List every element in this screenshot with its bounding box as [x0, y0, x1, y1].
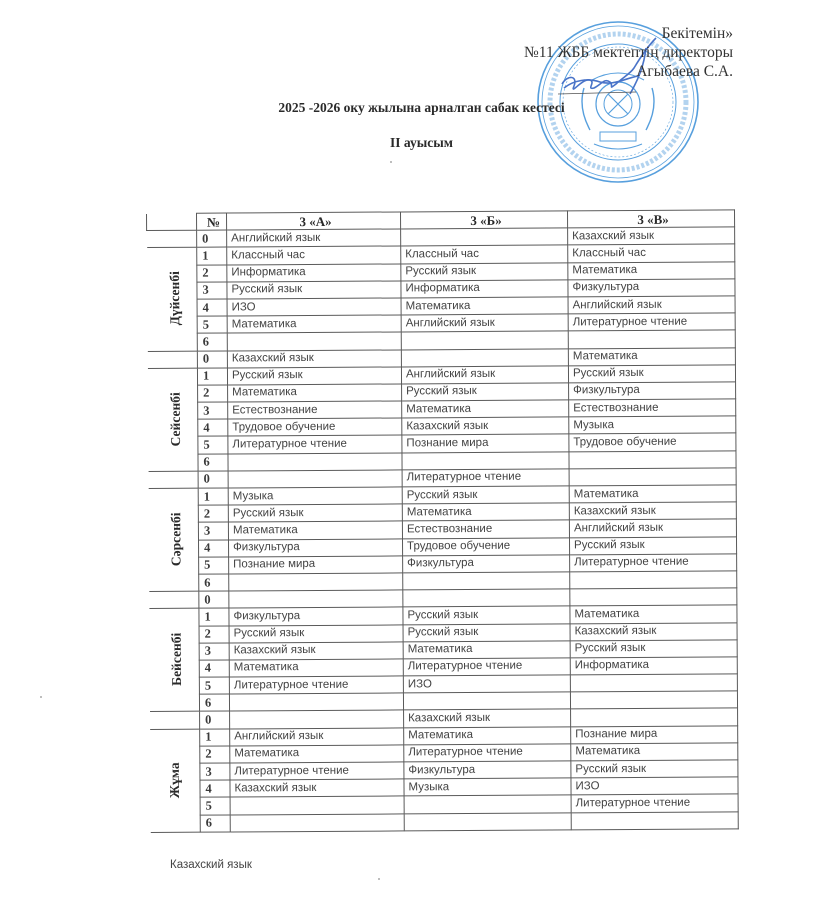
approval-line-1: Бекітемін» [524, 24, 733, 43]
scan-speck [40, 696, 42, 698]
day-spacer-cell [147, 351, 197, 368]
cell-3v: Английский язык [568, 296, 735, 314]
cell-3v: Математика [570, 605, 737, 623]
cell-3b: Математика [401, 297, 568, 315]
cell-3v: Русский язык [571, 760, 738, 778]
cell-3b [401, 228, 568, 246]
cell-3v: Казахский язык [568, 227, 735, 245]
lesson-number: 4 [198, 540, 228, 557]
cell-3a: Трудовое обучение [228, 418, 402, 436]
cell-3v: Математика [569, 485, 736, 503]
lesson-number: 3 [197, 282, 227, 299]
lesson-number: 2 [200, 746, 230, 763]
cell-3b: Классный час [401, 245, 568, 263]
cell-3a: Литературное чтение [228, 435, 402, 453]
cell-3b: Английский язык [401, 314, 568, 332]
cell-3a: Русский язык [229, 624, 403, 642]
cell-3a: Музыка [228, 487, 402, 505]
lesson-number: 2 [198, 505, 228, 522]
document-title: 2025 -2026 оку жылына арналган сабак кес… [15, 100, 813, 116]
cell-3b: ИЗО [403, 675, 570, 693]
cell-3a [228, 470, 402, 488]
lesson-number: 5 [199, 677, 229, 694]
approval-block: Бекітемін» №11 ЖББ мектептің директоры А… [524, 24, 733, 81]
cell-3v [569, 451, 736, 469]
cell-3b: Математика [402, 503, 569, 521]
cell-3v: Математика [568, 261, 735, 279]
cell-3v [570, 691, 737, 709]
cell-3b [403, 692, 570, 710]
cell-3b: Русский язык [402, 383, 569, 401]
lesson-number: 0 [200, 711, 230, 728]
cell-3a: Русский язык [228, 504, 402, 522]
cell-3a: Русский язык [227, 281, 401, 299]
cell-3a: Информатика [227, 264, 401, 282]
cell-3a: Познание мира [229, 556, 403, 574]
cell-3b: Казахский язык [402, 417, 569, 435]
day-cell: Сәрсенбі [148, 488, 199, 591]
lesson-number: 2 [197, 265, 227, 282]
cell-3v: ИЗО [571, 777, 738, 795]
cell-3v: Математика [568, 347, 735, 365]
cell-3a: Математика [230, 745, 404, 763]
cell-3b: Трудовое обучение [402, 537, 569, 555]
lesson-number: 0 [199, 591, 229, 608]
cell-3v: Информатика [570, 657, 737, 675]
cell-3v: Математика [571, 743, 738, 761]
column-header-3b: 3 «Б» [400, 211, 567, 229]
cell-3v: Познание мира [571, 726, 738, 744]
cell-3a: Физкультура [228, 539, 402, 557]
lesson-number: 6 [197, 333, 227, 350]
header-day-cell [147, 213, 197, 230]
cell-3v: Физкультура [568, 279, 735, 297]
day-cell: Дүйсенбі [147, 248, 198, 351]
cell-3v [570, 588, 737, 606]
day-spacer-cell [149, 591, 199, 608]
lesson-number: 6 [199, 574, 229, 591]
cell-3v: Русский язык [568, 365, 735, 383]
lesson-number: 1 [197, 368, 227, 385]
cell-3a: Английский язык [230, 728, 404, 746]
cell-3v: Физкультура [569, 382, 736, 400]
cell-3b [403, 589, 570, 607]
lesson-number: 2 [199, 626, 229, 643]
lesson-number: 1 [199, 608, 229, 625]
cell-3v [571, 708, 738, 726]
cell-3a [228, 453, 402, 471]
cell-3b [401, 331, 568, 349]
lesson-number: 6 [199, 694, 229, 711]
lesson-number: 1 [198, 488, 228, 505]
cell-3v: Музыка [569, 416, 736, 434]
cell-3v: Русский язык [569, 536, 736, 554]
cell-3a: Математика [228, 384, 402, 402]
lesson-number: 0 [197, 230, 227, 247]
lesson-number: 4 [198, 419, 228, 436]
scan-speck [378, 878, 380, 880]
cell-3v: Литературное чтение [571, 794, 738, 812]
lesson-number: 2 [198, 385, 228, 402]
cell-3b: Музыка [404, 778, 571, 796]
lesson-number: 5 [200, 797, 230, 814]
cell-3b: Физкультура [403, 555, 570, 573]
lesson-number: 3 [199, 643, 229, 660]
cell-3a: Математика [229, 659, 403, 677]
cell-3a: ИЗО [227, 298, 401, 316]
cell-3b: Казахский язык [404, 709, 571, 727]
day-spacer-cell [150, 712, 200, 729]
cell-3b: Информатика [401, 280, 568, 298]
schedule-body: 0Английский языкКазахский языкДүйсенбі1К… [147, 227, 739, 832]
cell-3v: Казахский язык [569, 502, 736, 520]
lesson-number: 4 [200, 780, 230, 797]
lesson-number: 6 [198, 454, 228, 471]
cell-3b: Литературное чтение [403, 658, 570, 676]
cell-3a [229, 573, 403, 591]
cell-3b [404, 812, 571, 830]
column-header-3a: 3 «А» [227, 212, 401, 230]
day-label: Сәрсенбі [168, 513, 183, 567]
approval-line-2: №11 ЖББ мектептің директоры [524, 43, 733, 62]
approval-line-3: Агыбаева С.А. [524, 62, 733, 81]
cell-3b: Русский язык [402, 486, 569, 504]
lesson-number: 4 [199, 660, 229, 677]
cell-3a: Физкультура [229, 607, 403, 625]
cell-3b [403, 572, 570, 590]
lesson-number: 3 [198, 402, 228, 419]
cell-3a: Казахский язык [229, 642, 403, 660]
schedule-table: № 3 «А» 3 «Б» 3 «В» 0Английский языкКаза… [146, 209, 739, 832]
lesson-number: 0 [197, 351, 227, 368]
cell-3a: Классный час [227, 246, 401, 264]
column-header-number: № [197, 213, 227, 230]
day-cell: Жұма [150, 729, 201, 832]
cell-3a [229, 590, 403, 608]
lesson-number: 0 [198, 471, 228, 488]
cell-3b [401, 348, 568, 366]
cell-3v: Классный час [568, 244, 735, 262]
scan-speck [390, 161, 392, 163]
day-spacer-cell [148, 471, 198, 488]
cell-3b: Математика [404, 727, 571, 745]
cell-3b: Русский язык [401, 262, 568, 280]
cell-3v: Казахский язык [570, 622, 737, 640]
cell-3b [404, 795, 571, 813]
cell-3b: Русский язык [403, 606, 570, 624]
cell-3b: Русский язык [403, 623, 570, 641]
cell-3a: Математика [228, 521, 402, 539]
lesson-number: 5 [198, 436, 228, 453]
lesson-number: 1 [197, 247, 227, 264]
day-cell: Сейсенбі [147, 368, 198, 471]
cell-3b: Познание мира [402, 434, 569, 452]
cell-3b: Математика [403, 641, 570, 659]
cell-3a: Литературное чтение [229, 676, 403, 694]
cell-3b: Английский язык [401, 366, 568, 384]
lesson-number: 4 [197, 299, 227, 316]
cell-3a: Естествознание [228, 401, 402, 419]
document-subtitle: II ауысым [15, 135, 813, 151]
cell-3v [570, 674, 737, 692]
cell-3v: Литературное чтение [568, 313, 735, 331]
footer-note: Казахский язык [170, 859, 252, 871]
cell-3a [230, 796, 404, 814]
cell-3a [229, 693, 403, 711]
cell-3a: Математика [227, 315, 401, 333]
lesson-number: 5 [199, 557, 229, 574]
cell-3a: Английский язык [227, 229, 401, 247]
cell-3b: Литературное чтение [402, 469, 569, 487]
cell-3a: Русский язык [227, 367, 401, 385]
cell-3v: Английский язык [569, 519, 736, 537]
day-label: Бейсенбі [168, 633, 183, 686]
cell-3v [569, 468, 736, 486]
cell-3v: Русский язык [570, 640, 737, 658]
day-spacer-cell [147, 230, 197, 247]
cell-3a [230, 813, 404, 831]
cell-3a: Литературное чтение [230, 762, 404, 780]
lesson-number: 1 [200, 729, 230, 746]
cell-3a [230, 710, 404, 728]
cell-3v: Естествознание [569, 399, 736, 417]
cell-3b [402, 452, 569, 470]
day-label: Жұма [167, 762, 182, 798]
cell-3a: Казахский язык [227, 349, 401, 367]
cell-3b: Математика [402, 400, 569, 418]
cell-3v [571, 811, 738, 829]
lesson-number: 3 [198, 522, 228, 539]
lesson-number: 6 [200, 815, 230, 832]
cell-3v: Литературное чтение [570, 554, 737, 572]
lesson-number: 3 [200, 763, 230, 780]
cell-3v: Трудовое обучение [569, 433, 736, 451]
day-label: Сейсенбі [167, 392, 182, 446]
column-header-3v: 3 «В» [567, 210, 734, 228]
cell-3a: Казахский язык [230, 779, 404, 797]
day-cell: Бейсенбі [149, 608, 200, 711]
cell-3v [570, 571, 737, 589]
cell-3v [568, 330, 735, 348]
cell-3b: Физкультура [404, 761, 571, 779]
cell-3b: Естествознание [402, 520, 569, 538]
cell-3a [227, 332, 401, 350]
cell-3b: Литературное чтение [404, 744, 571, 762]
table-row: 6 [150, 811, 738, 832]
day-label: Дүйсенбі [166, 272, 181, 326]
lesson-number: 5 [197, 316, 227, 333]
